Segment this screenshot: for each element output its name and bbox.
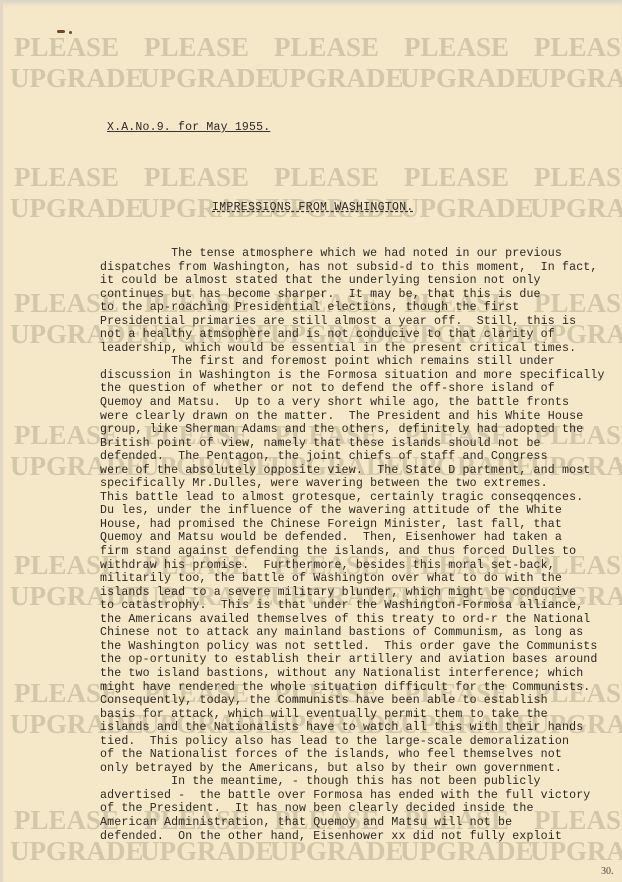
body-line: might have rendered the whole situation …: [100, 681, 622, 695]
body-line: only betrayed by the Americans, but also…: [100, 762, 622, 776]
watermark-please: PLEASE: [274, 164, 379, 191]
watermark-please: PLEASE: [404, 34, 509, 61]
body-line: firm stand against defending the islands…: [100, 545, 622, 559]
watermark-please: PLEASE: [14, 34, 119, 61]
body-line: dispatches from Washington, has not subs…: [100, 261, 622, 275]
body-line: the question of whether or not to defend…: [100, 382, 622, 396]
body-line: to catastrophy. This is that under the W…: [100, 599, 622, 613]
body-line: were of the absolutely opposite view. Th…: [100, 464, 622, 478]
page-number: 30.: [601, 866, 614, 877]
body-line: The tense atmosphere which we had noted …: [100, 247, 622, 261]
watermark-upgrade: UPGRADE: [270, 65, 404, 92]
scan-left-edge: [0, 0, 3, 882]
watermark-please: PLEASE: [534, 164, 622, 191]
body-line: it could be almost stated that the under…: [100, 274, 622, 288]
body-line: the Americans availed themselves of this…: [100, 613, 622, 627]
body-line: House, had promised the Chinese Foreign …: [100, 518, 622, 532]
body-line: British point of view, namely that these…: [100, 437, 622, 451]
watermark-upgrade: UPGRADE: [10, 195, 144, 222]
watermark-please: PLEASE: [144, 164, 249, 191]
body-line: defended. On the other hand, Eisenhower …: [100, 830, 622, 844]
body-line: group, like Sherman Adams and the others…: [100, 423, 622, 437]
body-line: islands and the Nationalists have to wat…: [100, 721, 622, 735]
body-line: American Administration, that Quemoy and…: [100, 816, 622, 830]
body-line: advertised - the battle over Formosa has…: [100, 789, 622, 803]
body-line: discussion in Washington is the Formosa …: [100, 369, 622, 383]
body-line: In the meantime, - though this has not b…: [100, 775, 622, 789]
body-line: continues but has become sharper. It may…: [100, 288, 622, 302]
ink-speck: [57, 30, 65, 33]
body-line: the Washington policy was not settled. T…: [100, 640, 622, 654]
body-line: militarily too, the battle of Washington…: [100, 572, 622, 586]
body-line: Chinese not to attack any mainland basti…: [100, 626, 622, 640]
body-line: the op-ortunity to establish their artil…: [100, 653, 622, 667]
watermark-upgrade: UPGRADE: [10, 65, 144, 92]
body-line: islands lead to a severe military blunde…: [100, 586, 622, 600]
watermark-please: PLEASE: [274, 34, 379, 61]
body-line: specifically Mr.Dulles, were wavering be…: [100, 477, 622, 491]
watermark-upgrade: UPGRADE: [530, 65, 622, 92]
body-line: Quemoy and Matsu. Up to a very short whi…: [100, 396, 622, 410]
body-line: of the President. It has now been clearl…: [100, 802, 622, 816]
body-line: of the Nationalist forces of the islands…: [100, 748, 622, 762]
watermark-upgrade: UPGRADE: [400, 195, 534, 222]
document-reference: X.A.No.9. for May 1955.: [107, 121, 270, 134]
body-line: Du les, under the influence of the waver…: [100, 504, 622, 518]
body-line: Presidential primaries are still almost …: [100, 315, 622, 329]
body-line: The first and foremost point which remai…: [100, 355, 622, 369]
watermark-please: PLEASE: [14, 164, 119, 191]
ink-speck: [69, 31, 72, 34]
watermark-upgrade: UPGRADE: [530, 195, 622, 222]
body-line: Consequently, today, the Communists have…: [100, 694, 622, 708]
body-line: not a healthy atmsophere and is not cond…: [100, 328, 622, 342]
body-line: were clearly drawn on the matter. The Pr…: [100, 410, 622, 424]
body-line: Quemoy and Matsu would be defended. Then…: [100, 531, 622, 545]
document-title: IMPRESSIONS FROM WASHINGTON.: [212, 201, 414, 214]
watermark-please: PLEASE: [404, 164, 509, 191]
body-line: withdraw his promise. Furthermore, besid…: [100, 559, 622, 573]
watermark-upgrade: UPGRADE: [400, 65, 534, 92]
watermark-upgrade: UPGRADE: [140, 65, 274, 92]
watermark-please: PLEASE: [534, 34, 622, 61]
body-line: to the ap-roaching Presidential election…: [100, 301, 622, 315]
body-line: tied. This policy also has lead to the l…: [100, 735, 622, 749]
body-line: the two island bastions, without any Nat…: [100, 667, 622, 681]
body-line: defended. The Pentagon, the joint chiefs…: [100, 450, 622, 464]
scan-top-edge: [0, 0, 622, 5]
watermark-please: PLEASE: [144, 34, 249, 61]
body-line: This battle lead to almost grotesque, ce…: [100, 491, 622, 505]
body-line: basis for attack, which will eventually …: [100, 708, 622, 722]
body-line: leadership, which would be essential in …: [100, 342, 622, 356]
document-body: The tense atmosphere which we had noted …: [100, 247, 622, 843]
document-page: PLEASEUPGRADEPLEASEUPGRADEPLEASEUPGRADEP…: [0, 0, 622, 882]
